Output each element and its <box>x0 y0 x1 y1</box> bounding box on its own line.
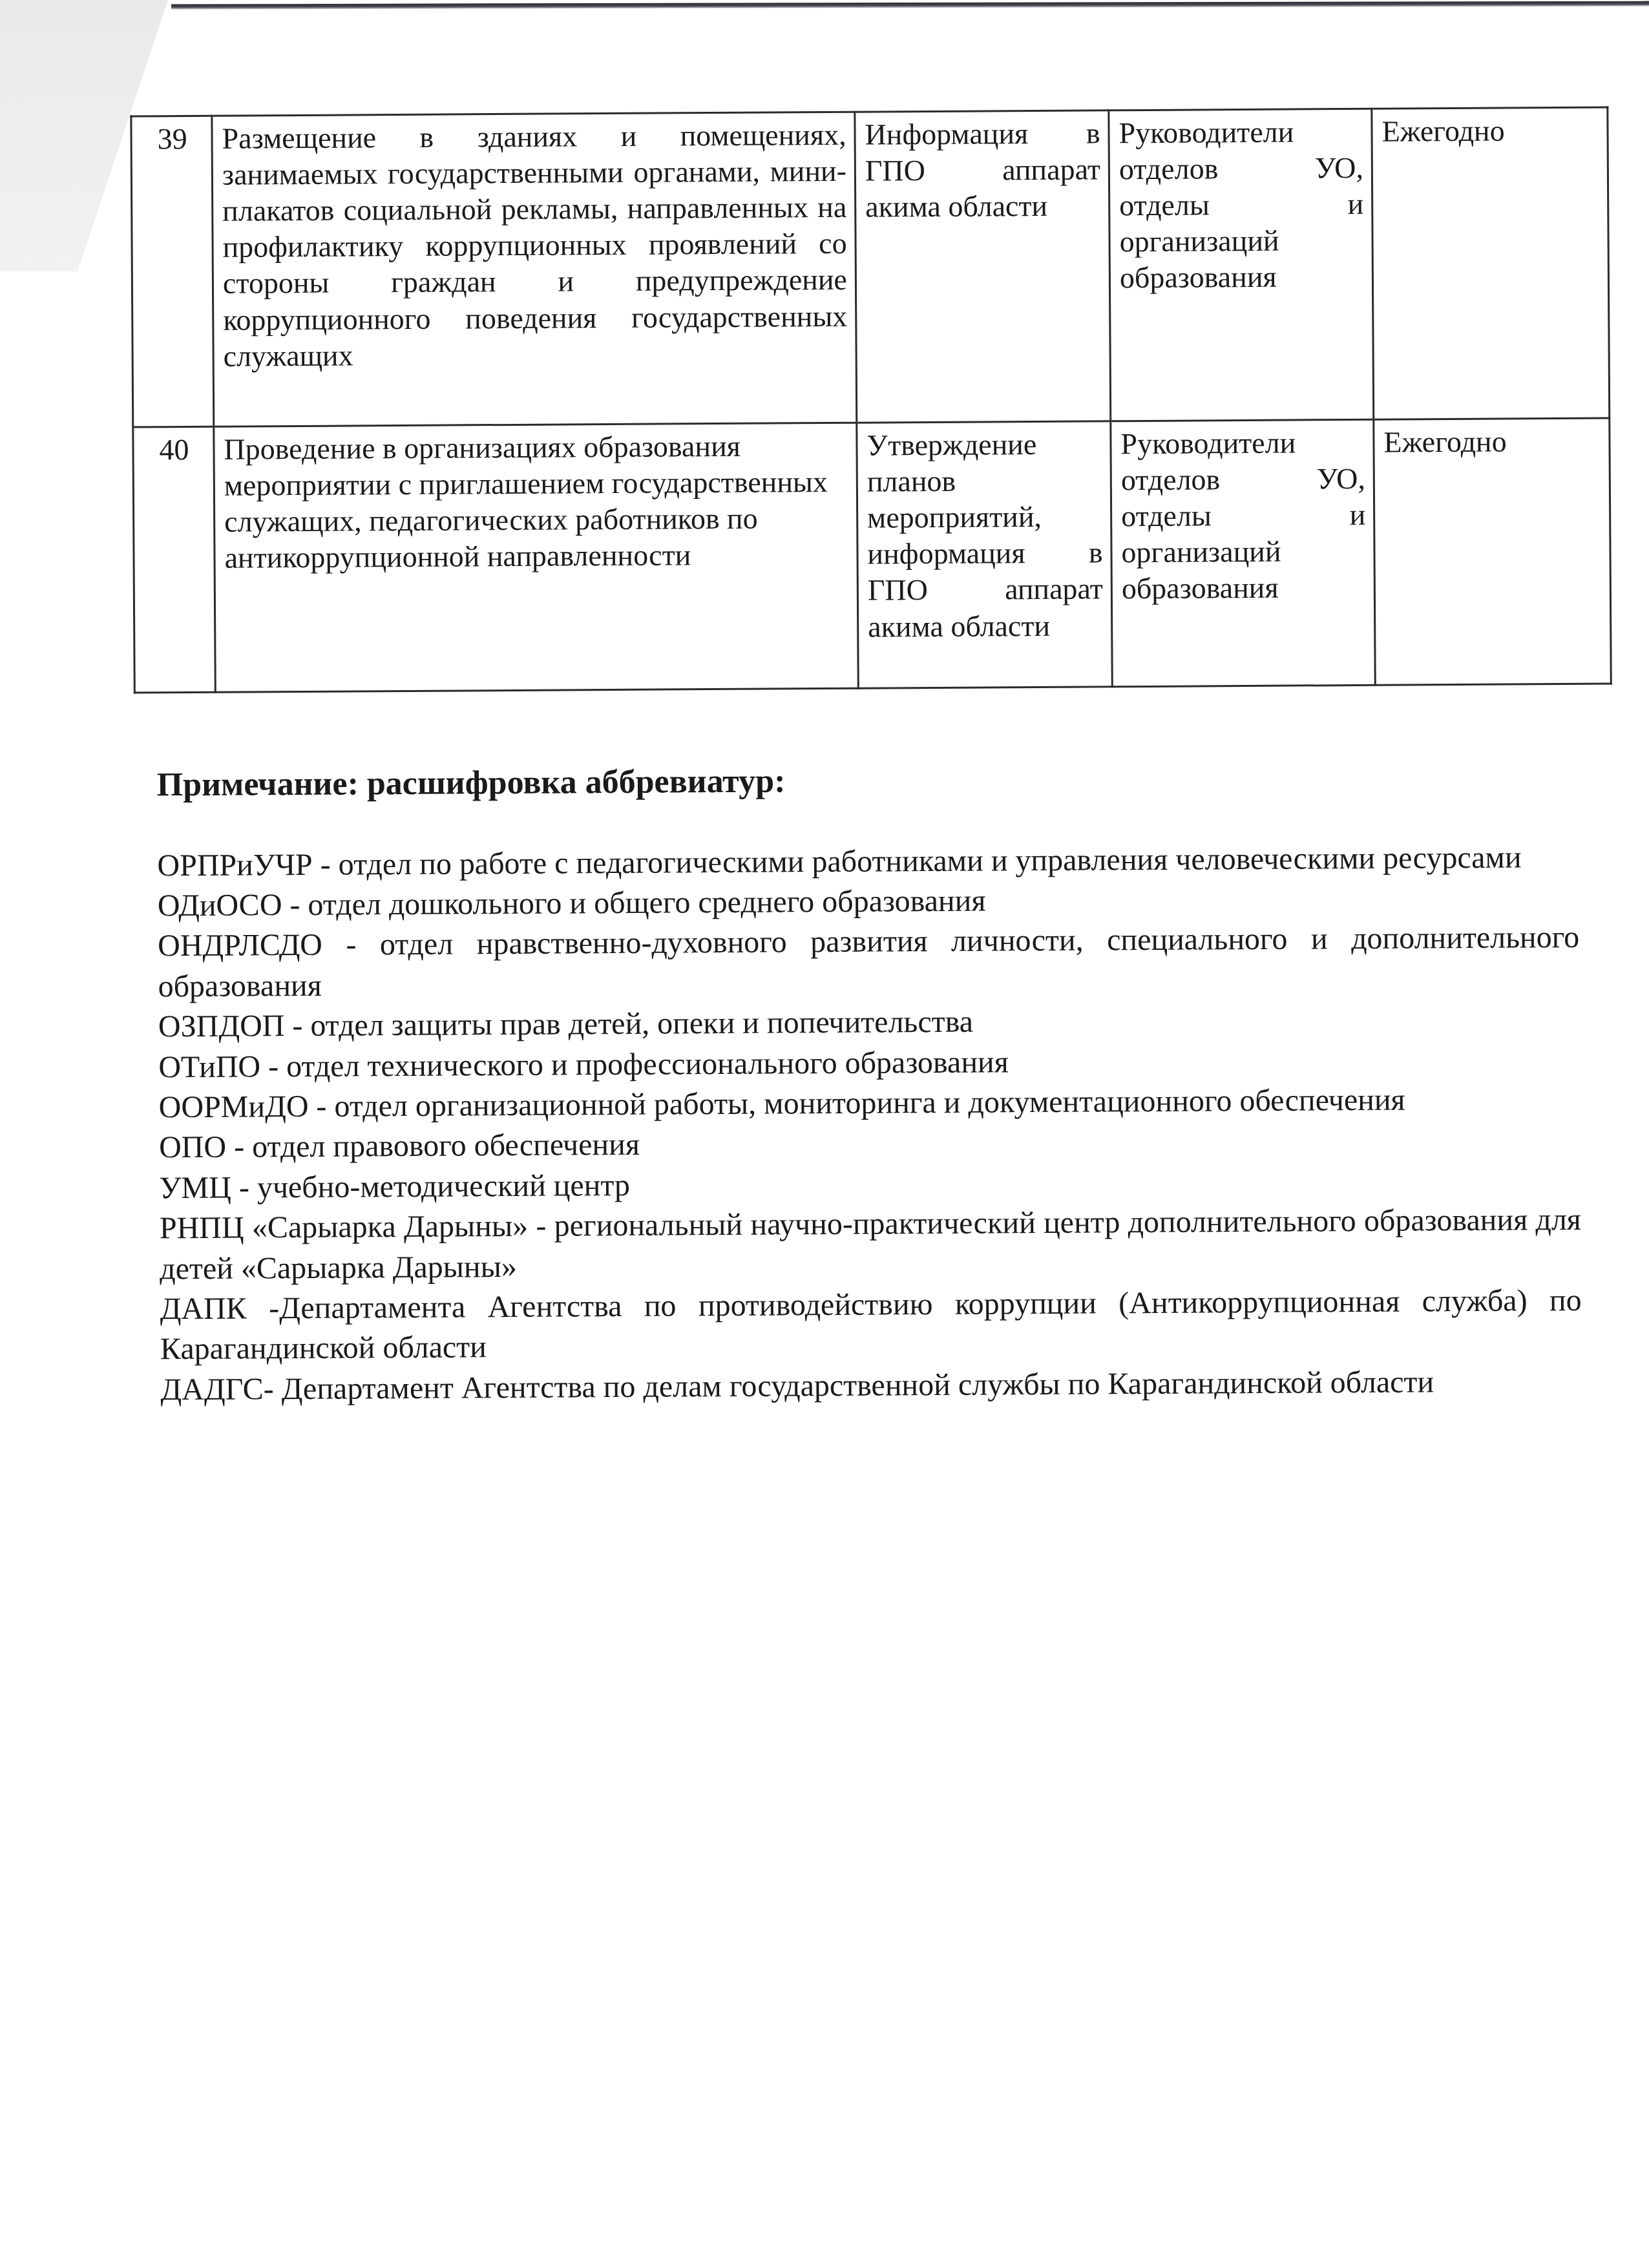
activity-cell: Проведение в организациях образования ме… <box>214 423 858 692</box>
notes-heading: Примечание: расшифровка аббревиатур: <box>156 755 1578 807</box>
completion-form-cell: Утверждение планов мероприятий, информац… <box>857 421 1113 688</box>
responsible-cell: Руководители отделов УО, отделы и органи… <box>1109 109 1374 421</box>
abbreviation-item: РНПЦ «Сарыарка Дарыны» - региональный на… <box>160 1200 1582 1289</box>
action-plan-table: 39 Размещение в зданиях и помещениях, за… <box>130 107 1612 694</box>
completion-form-cell: Информация в ГПО аппарат акима области <box>855 110 1111 423</box>
abbreviations-note: Примечание: расшифровка аббревиатур: ОРП… <box>156 755 1582 1410</box>
document-page: 39 Размещение в зданиях и помещениях, за… <box>0 0 1649 2268</box>
deadline-cell: Ежегодно <box>1374 418 1612 685</box>
abbreviation-item: ДАПК -Департамента Агентства по противод… <box>160 1281 1582 1370</box>
abbreviation-item: ОНДРЛСДО - отдел нравственно-духовного р… <box>158 918 1580 1007</box>
table-row: 39 Размещение в зданиях и помещениях, за… <box>131 107 1610 427</box>
activity-cell: Размещение в зданиях и помещениях, заним… <box>212 112 857 426</box>
table-row: 40 Проведение в организациях образования… <box>133 418 1611 693</box>
row-number: 39 <box>131 116 214 427</box>
responsible-cell: Руководители отделов УО, отделы и органи… <box>1111 419 1376 686</box>
abbreviation-item: ДАДГС- Департамент Агентства по делам го… <box>160 1361 1582 1411</box>
row-number: 40 <box>133 426 216 693</box>
deadline-cell: Ежегодно <box>1372 107 1610 419</box>
